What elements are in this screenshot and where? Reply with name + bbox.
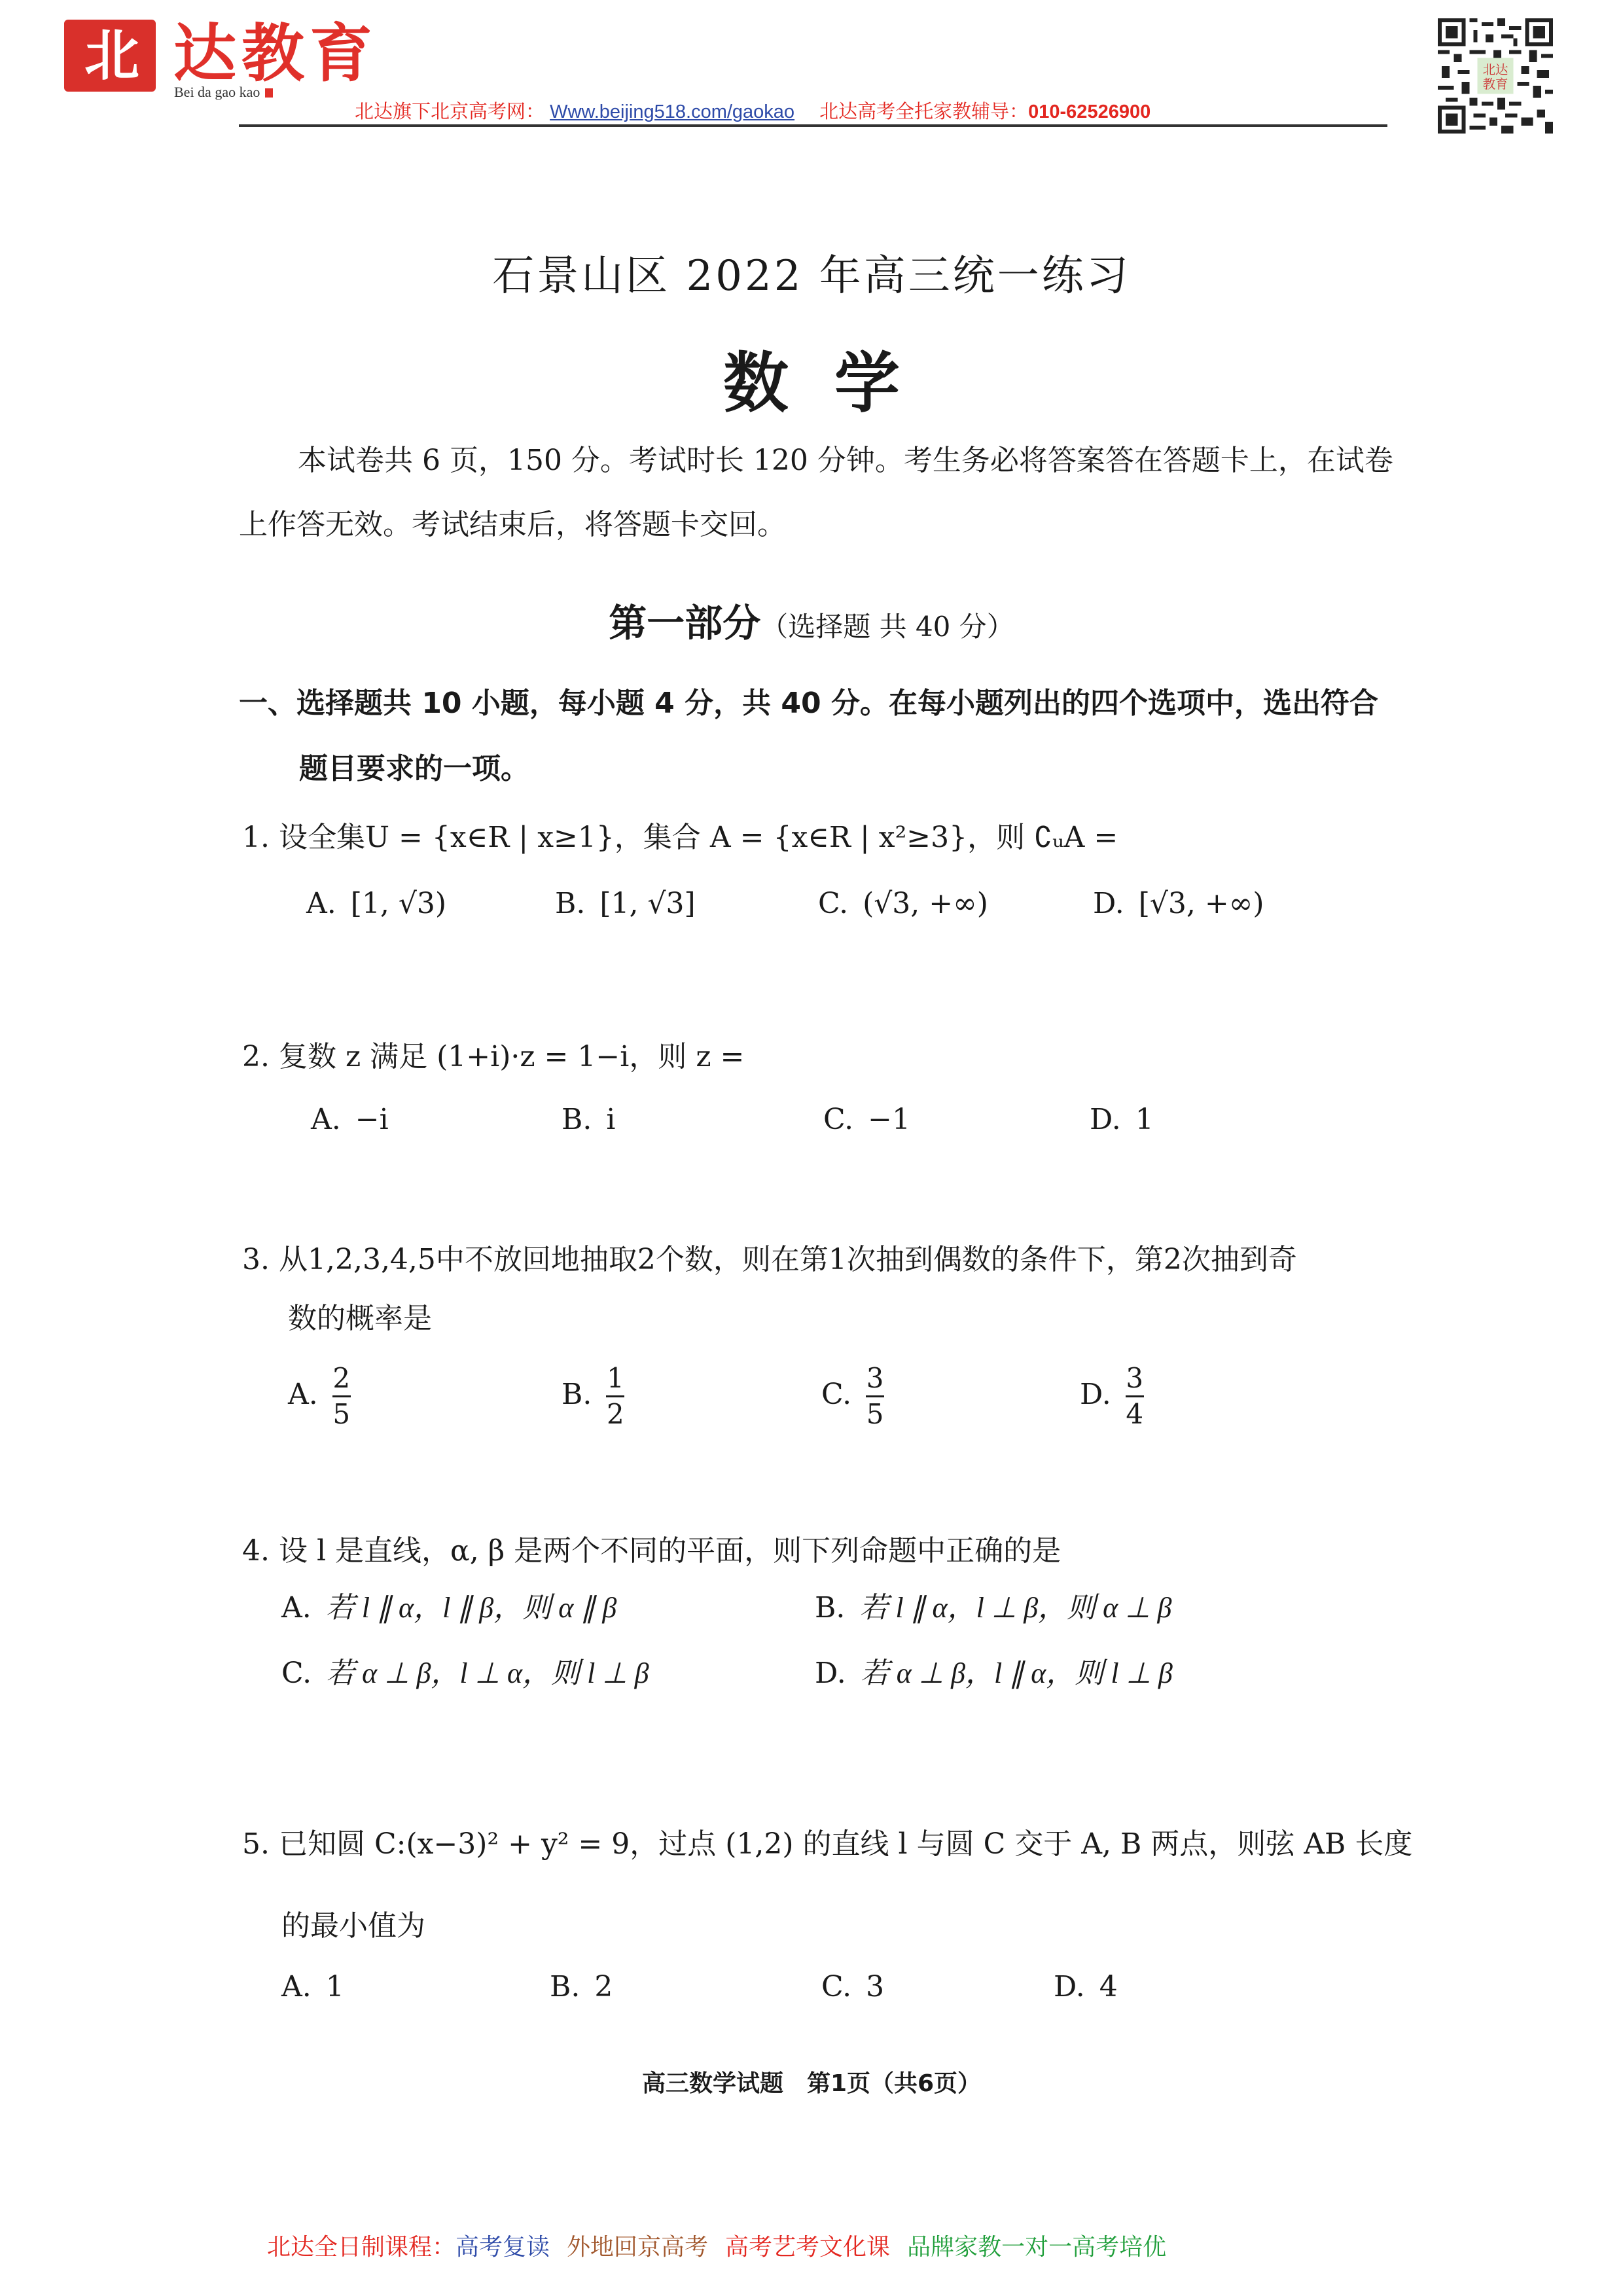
svg-text:北达: 北达 bbox=[1483, 62, 1508, 77]
options-row-2: C.若 α ⊥ β，l ⊥ α，则 l ⊥ β D.若 α ⊥ β，l ∥ α，… bbox=[242, 1649, 1420, 1702]
fraction: 34 bbox=[1126, 1361, 1144, 1431]
option-a[interactable]: A.−i bbox=[311, 1103, 389, 1136]
option-c[interactable]: C.35 bbox=[821, 1361, 884, 1431]
question-1: 1. 设全集U = {x∈R | x≥1}，集合 A = {x∈R | x²≥3… bbox=[242, 808, 1420, 867]
question-text: 设 l 是直线，α, β 是两个不同的平面，则下列命题中正确的是 bbox=[279, 1534, 1061, 1568]
question-4: 4. 设 l 是直线，α, β 是两个不同的平面，则下列命题中正确的是 A.若 … bbox=[242, 1522, 1420, 1581]
qr-code-icon[interactable]: 北达 教育 bbox=[1436, 18, 1554, 134]
footer-link-repeat[interactable]: 高考复读 bbox=[455, 2233, 550, 2260]
question-stem: 1. 设全集U = {x∈R | x≥1}，集合 A = {x∈R | x²≥3… bbox=[242, 808, 1420, 867]
footer-link-tutoring[interactable]: 品牌家教一对一高考培优 bbox=[907, 2233, 1166, 2260]
question-text-line-1: 从1,2,3,4,5中不放回地抽取2个数，则在第1次抽到偶数的条件下，第2次抽到… bbox=[279, 1243, 1297, 1276]
fraction: 12 bbox=[606, 1361, 624, 1431]
exam-title: 石景山区 2022 年高三统一练习 bbox=[0, 242, 1623, 302]
part-title: 第一部分 bbox=[609, 601, 760, 645]
header-banner: 北达旗下北京高考网： Www.beijing518.com/gaokao 北达高… bbox=[355, 97, 1150, 124]
question-number: 3. bbox=[242, 1243, 270, 1276]
question-number: 4. bbox=[242, 1534, 270, 1568]
brand-logo-text: 达教育 bbox=[173, 14, 378, 93]
options-row: A.[1, √3) B.[1, √3] C.(√3, +∞) D.[√3, +∞… bbox=[242, 887, 1420, 939]
option-d[interactable]: D.4 bbox=[1054, 1970, 1118, 2003]
options-row-1: A.若 l ∥ α，l ∥ β，则 α ∥ β B.若 l ∥ α，l ⊥ β，… bbox=[242, 1584, 1420, 1636]
question-text: 设全集U = {x∈R | x≥1}，集合 A = {x∈R | x²≥3}，则… bbox=[279, 821, 1118, 854]
brand-logo-mark: 北 bbox=[64, 20, 156, 92]
option-b[interactable]: B.i bbox=[562, 1103, 615, 1136]
question-5: 5. 已知圆 C:(x−3)² + y² = 9，过点 (1,2) 的直线 l … bbox=[242, 1803, 1420, 1967]
option-d[interactable]: D.1 bbox=[1090, 1103, 1154, 1136]
question-stem: 5. 已知圆 C:(x−3)² + y² = 9，过点 (1,2) 的直线 l … bbox=[242, 1803, 1420, 1967]
section-line-2: 题目要求的一项。 bbox=[239, 736, 1410, 802]
phone-number: 010-62526900 bbox=[1028, 101, 1150, 122]
site-label: 北达旗下北京高考网： bbox=[355, 101, 544, 122]
footer-label: 北达全日制课程： bbox=[267, 2233, 455, 2260]
question-text-line-2: 数的概率是 bbox=[242, 1289, 1420, 1348]
header-divider bbox=[239, 124, 1387, 127]
options-row: A.−i B.i C.−1 D.1 bbox=[242, 1103, 1420, 1155]
question-3: 3. 从1,2,3,4,5中不放回地抽取2个数，则在第1次抽到偶数的条件下，第2… bbox=[242, 1230, 1420, 1348]
footer-link-return[interactable]: 外地回京高考 bbox=[567, 2233, 708, 2260]
section-line-1: 一、选择题共 10 小题，每小题 4 分，共 40 分。在每小题列出的四个选项中… bbox=[239, 687, 1378, 720]
option-c[interactable]: C.−1 bbox=[823, 1103, 910, 1136]
brand-subtitle-text: Bei da gao kao bbox=[174, 84, 260, 100]
option-d[interactable]: D.[√3, +∞) bbox=[1093, 887, 1264, 920]
question-stem: 3. 从1,2,3,4,5中不放回地抽取2个数，则在第1次抽到偶数的条件下，第2… bbox=[242, 1230, 1420, 1348]
question-number: 2. bbox=[242, 1040, 270, 1073]
page-footer: 高三数学试题 第1页（共6页） bbox=[0, 2065, 1623, 2098]
option-c[interactable]: C.(√3, +∞) bbox=[818, 887, 988, 920]
option-b[interactable]: B.若 l ∥ α，l ⊥ β，则 α ⊥ β bbox=[815, 1584, 1171, 1626]
question-2: 2. 复数 z 满足 (1+i)·z = 1−i，则 z = A.−i B.i … bbox=[242, 1028, 1420, 1086]
option-a[interactable]: A.1 bbox=[281, 1970, 344, 2003]
footer-course-links: 北达全日制课程：高考复读外地回京高考高考艺考文化课品牌家教一对一高考培优 bbox=[267, 2229, 1183, 2262]
question-number: 5. bbox=[242, 1827, 270, 1861]
option-c[interactable]: C.3 bbox=[821, 1970, 884, 2003]
brand-subtitle: Bei da gao kao bbox=[174, 84, 273, 101]
option-d[interactable]: D.34 bbox=[1080, 1361, 1144, 1431]
part-note: （选择题 共 40 分） bbox=[760, 611, 1014, 643]
footer-link-art[interactable]: 高考艺考文化课 bbox=[725, 2233, 890, 2260]
section-instructions: 一、选择题共 10 小题，每小题 4 分，共 40 分。在每小题列出的四个选项中… bbox=[239, 671, 1410, 802]
question-text: 复数 z 满足 (1+i)·z = 1−i，则 z = bbox=[279, 1040, 744, 1073]
part-heading: 第一部分（选择题 共 40 分） bbox=[0, 592, 1623, 647]
option-d[interactable]: D.若 α ⊥ β，l ∥ α，则 l ⊥ β bbox=[815, 1649, 1173, 1691]
options-row: A.1 B.2 C.3 D.4 bbox=[242, 1970, 1420, 2022]
red-square-icon bbox=[265, 88, 273, 98]
question-text-line-2: 的最小值为 bbox=[242, 1885, 1420, 1967]
site-link[interactable]: Www.beijing518.com/gaokao bbox=[550, 101, 794, 122]
question-stem: 2. 复数 z 满足 (1+i)·z = 1−i，则 z = bbox=[242, 1028, 1420, 1086]
option-a[interactable]: A.若 l ∥ α，l ∥ β，则 α ∥ β bbox=[281, 1584, 616, 1626]
option-b[interactable]: B.12 bbox=[562, 1361, 624, 1431]
question-stem: 4. 设 l 是直线，α, β 是两个不同的平面，则下列命题中正确的是 bbox=[242, 1522, 1420, 1581]
option-a[interactable]: A.[1, √3) bbox=[306, 887, 446, 920]
option-b[interactable]: B.[1, √3] bbox=[555, 887, 696, 920]
exam-subject: 数学 bbox=[0, 331, 1623, 425]
exam-instructions: 本试卷共 6 页，150 分。考试时长 120 分钟。考生务必将答案答在答题卡上… bbox=[239, 429, 1410, 557]
option-a[interactable]: A.25 bbox=[288, 1361, 351, 1431]
option-b[interactable]: B.2 bbox=[550, 1970, 613, 2003]
fraction: 35 bbox=[866, 1361, 884, 1431]
question-number: 1. bbox=[242, 821, 270, 854]
svg-text:教育: 教育 bbox=[1483, 77, 1508, 92]
tutoring-label: 北达高考全托家教辅导： bbox=[819, 101, 1028, 122]
option-c[interactable]: C.若 α ⊥ β，l ⊥ α，则 l ⊥ β bbox=[281, 1649, 649, 1691]
fraction: 25 bbox=[332, 1361, 351, 1431]
options-row: A.25 B.12 C.35 D.34 bbox=[242, 1361, 1420, 1440]
question-text-line-1: 已知圆 C:(x−3)² + y² = 9，过点 (1,2) 的直线 l 与圆 … bbox=[279, 1827, 1412, 1861]
